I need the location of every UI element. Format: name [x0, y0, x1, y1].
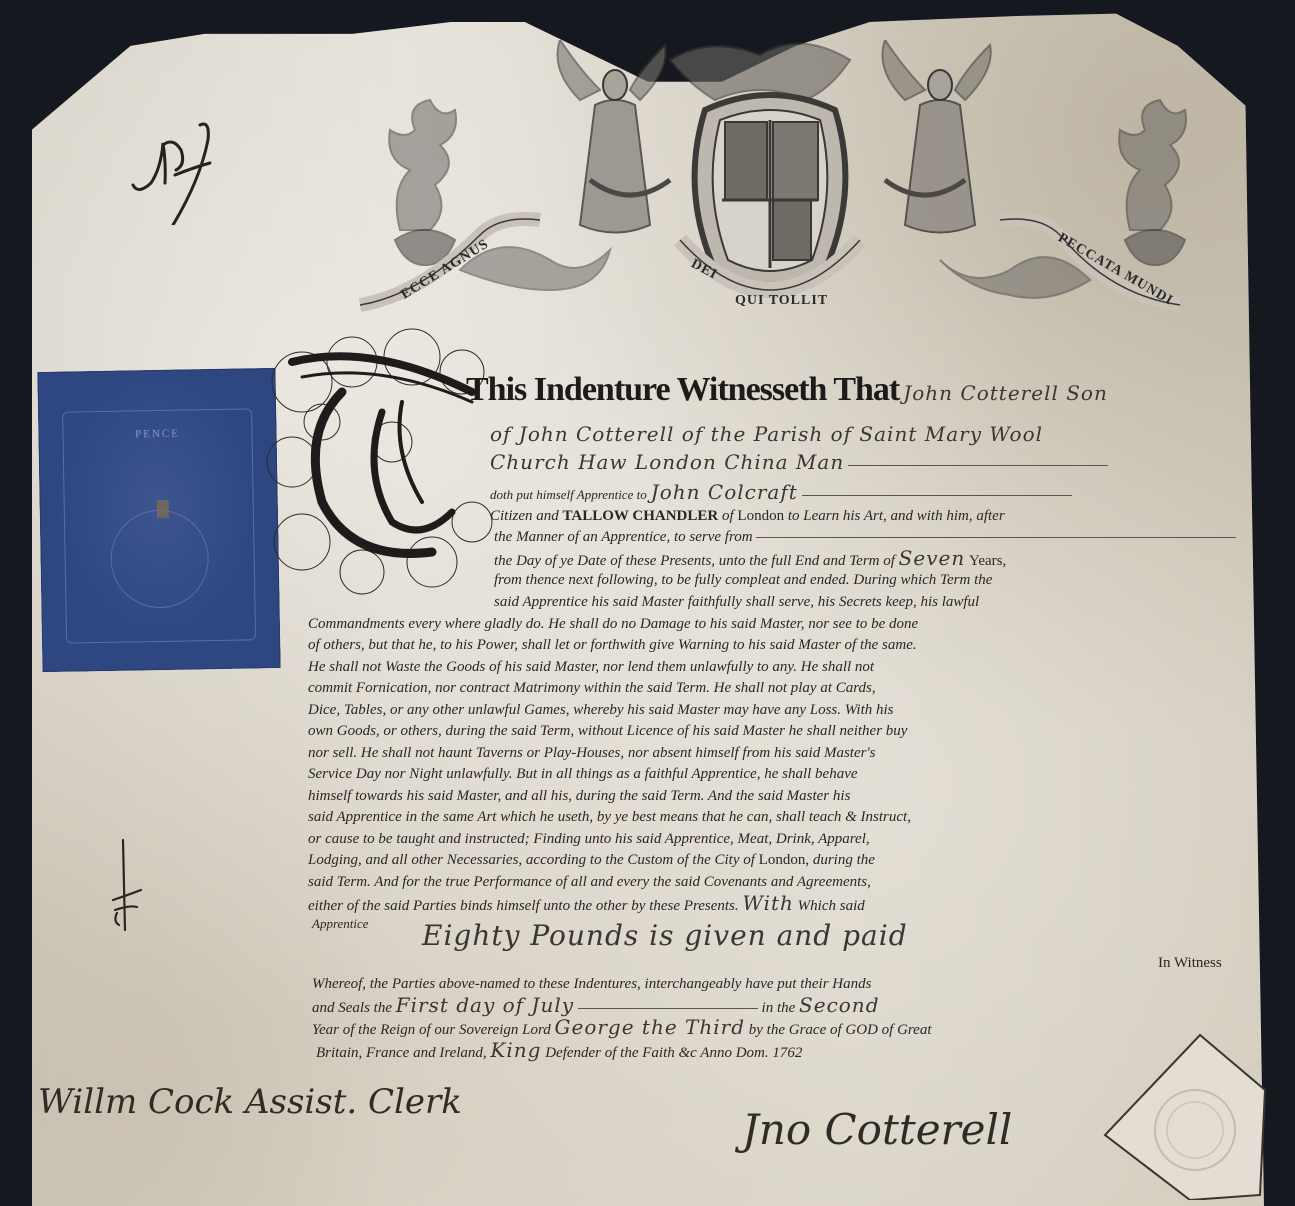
father-parish-occupation: Church Haw London China Man: [490, 450, 844, 474]
indenture-title: This Indenture Witnesseth That: [466, 371, 899, 408]
line-text: Years,: [969, 553, 1006, 569]
stamp-cancel-mark: [157, 500, 169, 518]
sealing-date: First day of July: [396, 993, 574, 1017]
body-line-14: Dice, Tables, or any other unlawful Game…: [308, 700, 894, 721]
line-text: own Goods, or others, during the said Te…: [308, 723, 907, 739]
crest-engraving: [340, 40, 1200, 325]
line-text: in the: [762, 1000, 796, 1016]
closing-line-1: Whereof, the Parties above-named to thes…: [312, 974, 871, 995]
guild-name: TALLOW CHANDLER: [563, 508, 719, 524]
line-text: said Apprentice in the same Art which he…: [308, 809, 911, 825]
line-text: from thence next following, to be fully …: [494, 572, 992, 588]
body-line-9: said Apprentice his said Master faithful…: [494, 592, 979, 613]
line-text: of others, but that he, to his Power, sh…: [308, 637, 917, 653]
line-text: Lodging, and all other Necessaries, acco…: [308, 852, 755, 868]
line-text: doth put himself Apprentice to: [490, 487, 647, 502]
line-text: Citizen and: [490, 508, 559, 524]
line-text: during the: [813, 852, 875, 868]
body-line-18: himself towards his said Master, and all…: [308, 786, 850, 807]
line-text: Which said: [798, 898, 865, 914]
blank-rule: [848, 465, 1108, 466]
line-text: or cause to be taught and instructed; Fi…: [308, 831, 870, 847]
line-text: either of the said Parties binds himself…: [308, 898, 739, 914]
body-line-17: Service Day nor Night unlawfully. But in…: [308, 764, 858, 785]
line-text: the Manner of an Apprentice, to serve fr…: [494, 529, 753, 545]
margin-mark: F: [105, 835, 145, 935]
line-text: said Apprentice his said Master faithful…: [494, 594, 979, 610]
line-text: the Day of ye Date of these Presents, un…: [494, 553, 895, 569]
line-text: Commandments every where gladly do. He s…: [308, 616, 918, 632]
margin-f-mark-icon: [105, 835, 145, 935]
sovereign-title: King: [490, 1038, 541, 1062]
body-line-16: nor sell. He shall not haunt Taverns or …: [308, 743, 876, 764]
in-witness-label: In Witness: [1158, 953, 1222, 974]
body-line-13: commit Fornication, nor contract Matrimo…: [308, 678, 876, 699]
body-line-7: the Day of ye Date of these Presents, un…: [494, 548, 1006, 572]
body-line-5: Citizen and TALLOW CHANDLER of London to…: [490, 506, 1005, 527]
body-line-2: of John Cotterell of the Parish of Saint…: [490, 424, 1043, 448]
city-name: London,: [759, 852, 809, 868]
term-years: Seven: [899, 546, 966, 570]
line-text: He shall not Waste the Goods of his said…: [308, 659, 874, 675]
line-text: Defender of the Faith &c Anno Dom. 1762: [545, 1045, 802, 1061]
calligraphic-flourish-icon: [262, 322, 502, 602]
handwritten-number-icon: [125, 115, 235, 225]
body-line-15: own Goods, or others, during the said Te…: [308, 721, 907, 742]
body-line-23: either of the said Parties binds himself…: [308, 893, 865, 917]
line-text: by the Grace of GOD of Great: [749, 1022, 932, 1038]
line-text: Britain, France and Ireland,: [316, 1045, 487, 1061]
paper-seal: [1100, 1030, 1270, 1200]
line-text: and Seals the: [312, 1000, 392, 1016]
closing-line-4: Britain, France and Ireland, King Defend…: [316, 1040, 802, 1064]
decorative-initial-t: [262, 322, 502, 602]
body-line-4: doth put himself Apprentice to John Colc…: [490, 482, 1072, 506]
document-number-mark: No 9: [125, 115, 235, 225]
body-line-21: Lodging, and all other Necessaries, acco…: [308, 850, 875, 871]
body-line-10: Commandments every where gladly do. He s…: [308, 614, 918, 635]
body-line-24: Apprentice: [312, 914, 369, 935]
handwritten-with: With: [742, 891, 794, 915]
apprentice-father: of John Cotterell of the Parish of Saint…: [490, 422, 1043, 446]
coat-of-arms-icon: [340, 40, 1200, 325]
body-line-11: of others, but that he, to his Power, sh…: [308, 635, 917, 656]
line-text: Service Day nor Night unlawfully. But in…: [308, 766, 858, 782]
line-text: Year of the Reign of our Sovereign Lord: [312, 1022, 551, 1038]
regnal-year: Second: [799, 993, 879, 1017]
body-line-8: from thence next following, to be fully …: [494, 570, 992, 591]
apprentice-signature: Jno Cotterell: [742, 1105, 1012, 1154]
body-line-22: said Term. And for the true Performance …: [308, 872, 871, 893]
line-text: nor sell. He shall not haunt Taverns or …: [308, 745, 876, 761]
city-name: London: [737, 508, 784, 524]
indenture-title-line: This Indenture Witnesseth That John Cott…: [466, 380, 1108, 407]
blank-rule: [756, 537, 1236, 538]
line-text: himself towards his said Master, and all…: [308, 788, 850, 804]
line-text: commit Fornication, nor contract Matrimo…: [308, 680, 876, 696]
line-text: Dice, Tables, or any other unlawful Game…: [308, 702, 894, 718]
premium-amount: Eighty Pounds is given and paid: [422, 926, 908, 947]
line-text: Whereof, the Parties above-named to thes…: [312, 976, 871, 992]
closing-line-3: Year of the Reign of our Sovereign Lord …: [312, 1017, 932, 1041]
blank-rule: [802, 495, 1072, 496]
body-line-19: said Apprentice in the same Art which he…: [308, 807, 911, 828]
crest-motto-center: QUI TOLLIT: [735, 293, 828, 309]
clerk-signature: Willm Cock Assist. Clerk: [38, 1082, 462, 1122]
blue-duty-stamp: PENCE: [37, 368, 280, 672]
sovereign-name: George the Third: [555, 1015, 746, 1039]
seal-icon: [1100, 1030, 1270, 1200]
body-line-3: Church Haw London China Man: [490, 452, 1108, 476]
line-text: said Term. And for the true Performance …: [308, 874, 871, 890]
line-text: Apprentice: [312, 916, 369, 931]
body-line-6: the Manner of an Apprentice, to serve fr…: [494, 527, 1236, 548]
body-line-12: He shall not Waste the Goods of his said…: [308, 657, 874, 678]
blank-rule: [578, 1008, 758, 1009]
line-text: to Learn his Art, and with him, after: [788, 508, 1005, 524]
line-text: of: [722, 508, 734, 524]
master-name: John Colcraft: [651, 480, 798, 504]
body-line-20: or cause to be taught and instructed; Fi…: [308, 829, 870, 850]
apprentice-name: John Cotterell Son: [903, 381, 1108, 405]
